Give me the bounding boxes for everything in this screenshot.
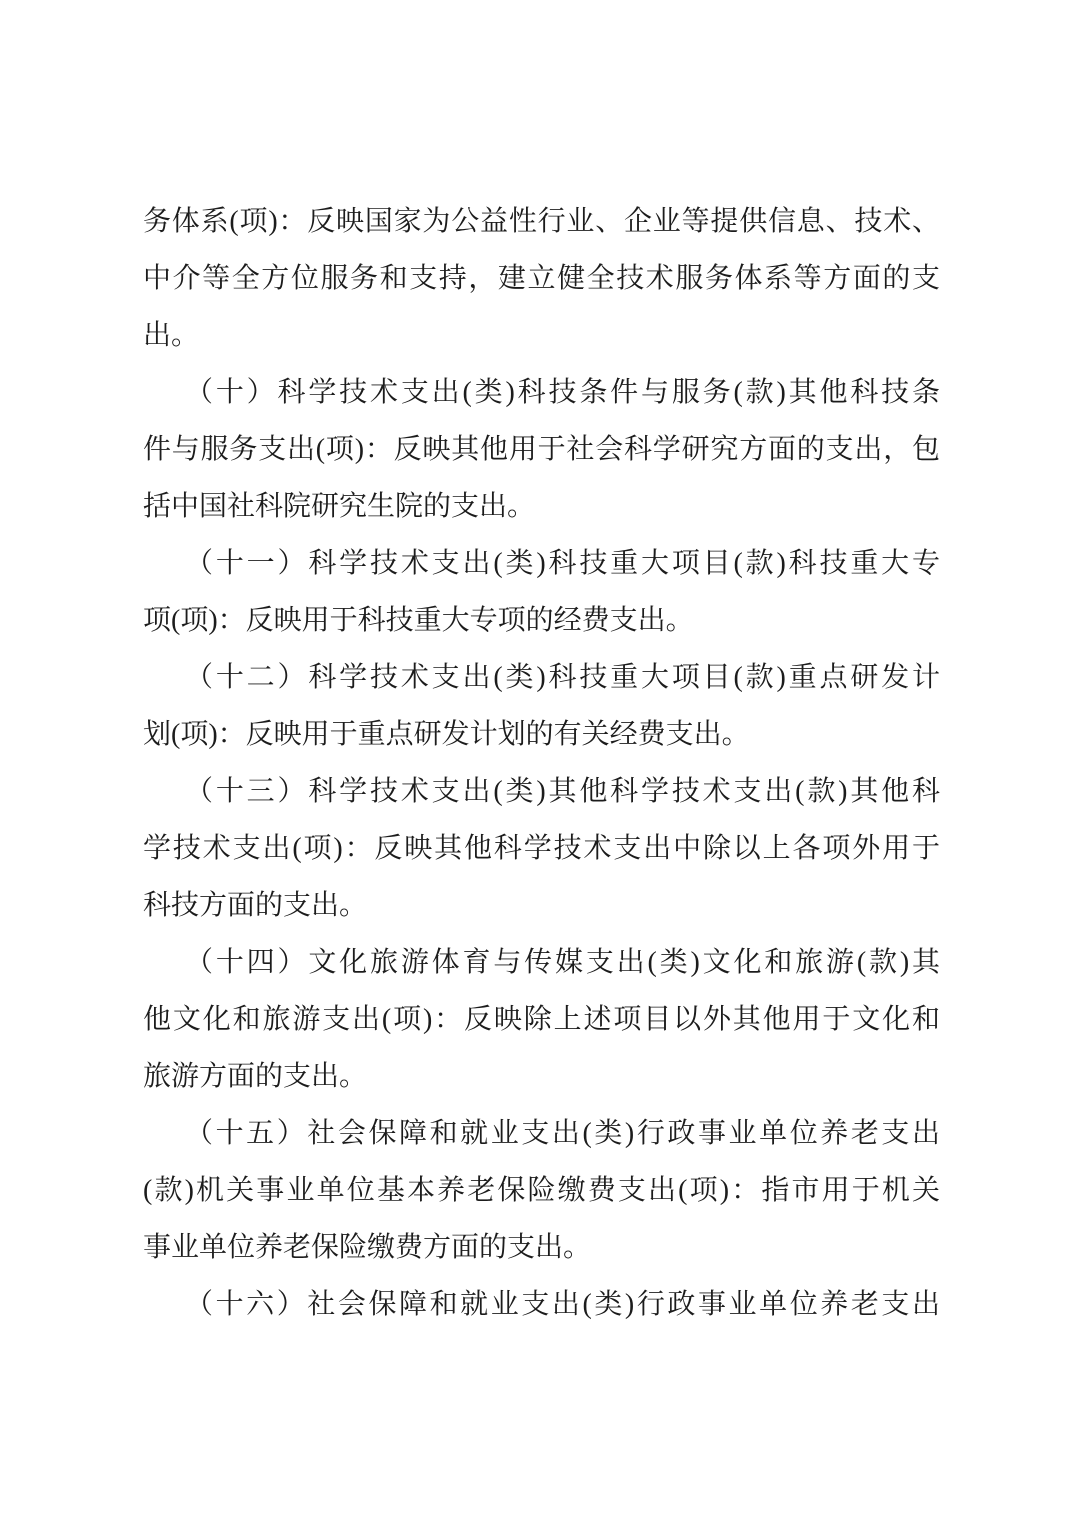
paragraph-item-11: （十一）科学技术支出(类)科技重大项目(款)科技重大专 项(项)：反映用于科技重… [143, 535, 940, 649]
text-line: 划(项)：反映用于重点研发计划的有关经费支出。 [143, 706, 940, 763]
text-line: 件与服务支出(项)：反映其他用于社会科学研究方面的支出，包 [143, 421, 940, 478]
text-line: （十二）科学技术支出(类)科技重大项目(款)重点研发计 [143, 649, 940, 706]
document-text-block: 务体系(项)：反映国家为公益性行业、企业等提供信息、技术、 中介等全方位服务和支… [143, 193, 940, 1333]
paragraph-item-10: （十）科学技术支出(类)科技条件与服务(款)其他科技条 件与服务支出(项)：反映… [143, 364, 940, 535]
document-page: 务体系(项)：反映国家为公益性行业、企业等提供信息、技术、 中介等全方位服务和支… [0, 0, 1074, 1520]
text-line: 出。 [143, 307, 940, 364]
paragraph-item-14: （十四）文化旅游体育与传媒支出(类)文化和旅游(款)其 他文化和旅游支出(项)：… [143, 934, 940, 1105]
text-line: （十）科学技术支出(类)科技条件与服务(款)其他科技条 [143, 364, 940, 421]
paragraph-continuation: 务体系(项)：反映国家为公益性行业、企业等提供信息、技术、 中介等全方位服务和支… [143, 193, 940, 364]
text-line: 务体系(项)：反映国家为公益性行业、企业等提供信息、技术、 [143, 193, 940, 250]
text-line: 他文化和旅游支出(项)：反映除上述项目以外其他用于文化和 [143, 991, 940, 1048]
text-line: 中介等全方位服务和支持，建立健全技术服务体系等方面的支 [143, 250, 940, 307]
paragraph-item-16: （十六）社会保障和就业支出(类)行政事业单位养老支出 [143, 1276, 940, 1333]
paragraph-item-12: （十二）科学技术支出(类)科技重大项目(款)重点研发计 划(项)：反映用于重点研… [143, 649, 940, 763]
text-line: 学技术支出(项)：反映其他科学技术支出中除以上各项外用于 [143, 820, 940, 877]
text-line: （十五）社会保障和就业支出(类)行政事业单位养老支出 [143, 1105, 940, 1162]
text-line: （十三）科学技术支出(类)其他科学技术支出(款)其他科 [143, 763, 940, 820]
text-line: （十四）文化旅游体育与传媒支出(类)文化和旅游(款)其 [143, 934, 940, 991]
text-line: 科技方面的支出。 [143, 877, 940, 934]
text-line: 事业单位养老保险缴费方面的支出。 [143, 1219, 940, 1276]
text-line: 括中国社科院研究生院的支出。 [143, 478, 940, 535]
paragraph-item-15: （十五）社会保障和就业支出(类)行政事业单位养老支出 (款)机关事业单位基本养老… [143, 1105, 940, 1276]
paragraph-item-13: （十三）科学技术支出(类)其他科学技术支出(款)其他科 学技术支出(项)：反映其… [143, 763, 940, 934]
text-line: 旅游方面的支出。 [143, 1048, 940, 1105]
text-line: (款)机关事业单位基本养老保险缴费支出(项)：指市用于机关 [143, 1162, 940, 1219]
text-line: （十六）社会保障和就业支出(类)行政事业单位养老支出 [143, 1276, 940, 1333]
text-line: （十一）科学技术支出(类)科技重大项目(款)科技重大专 [143, 535, 940, 592]
text-line: 项(项)：反映用于科技重大专项的经费支出。 [143, 592, 940, 649]
